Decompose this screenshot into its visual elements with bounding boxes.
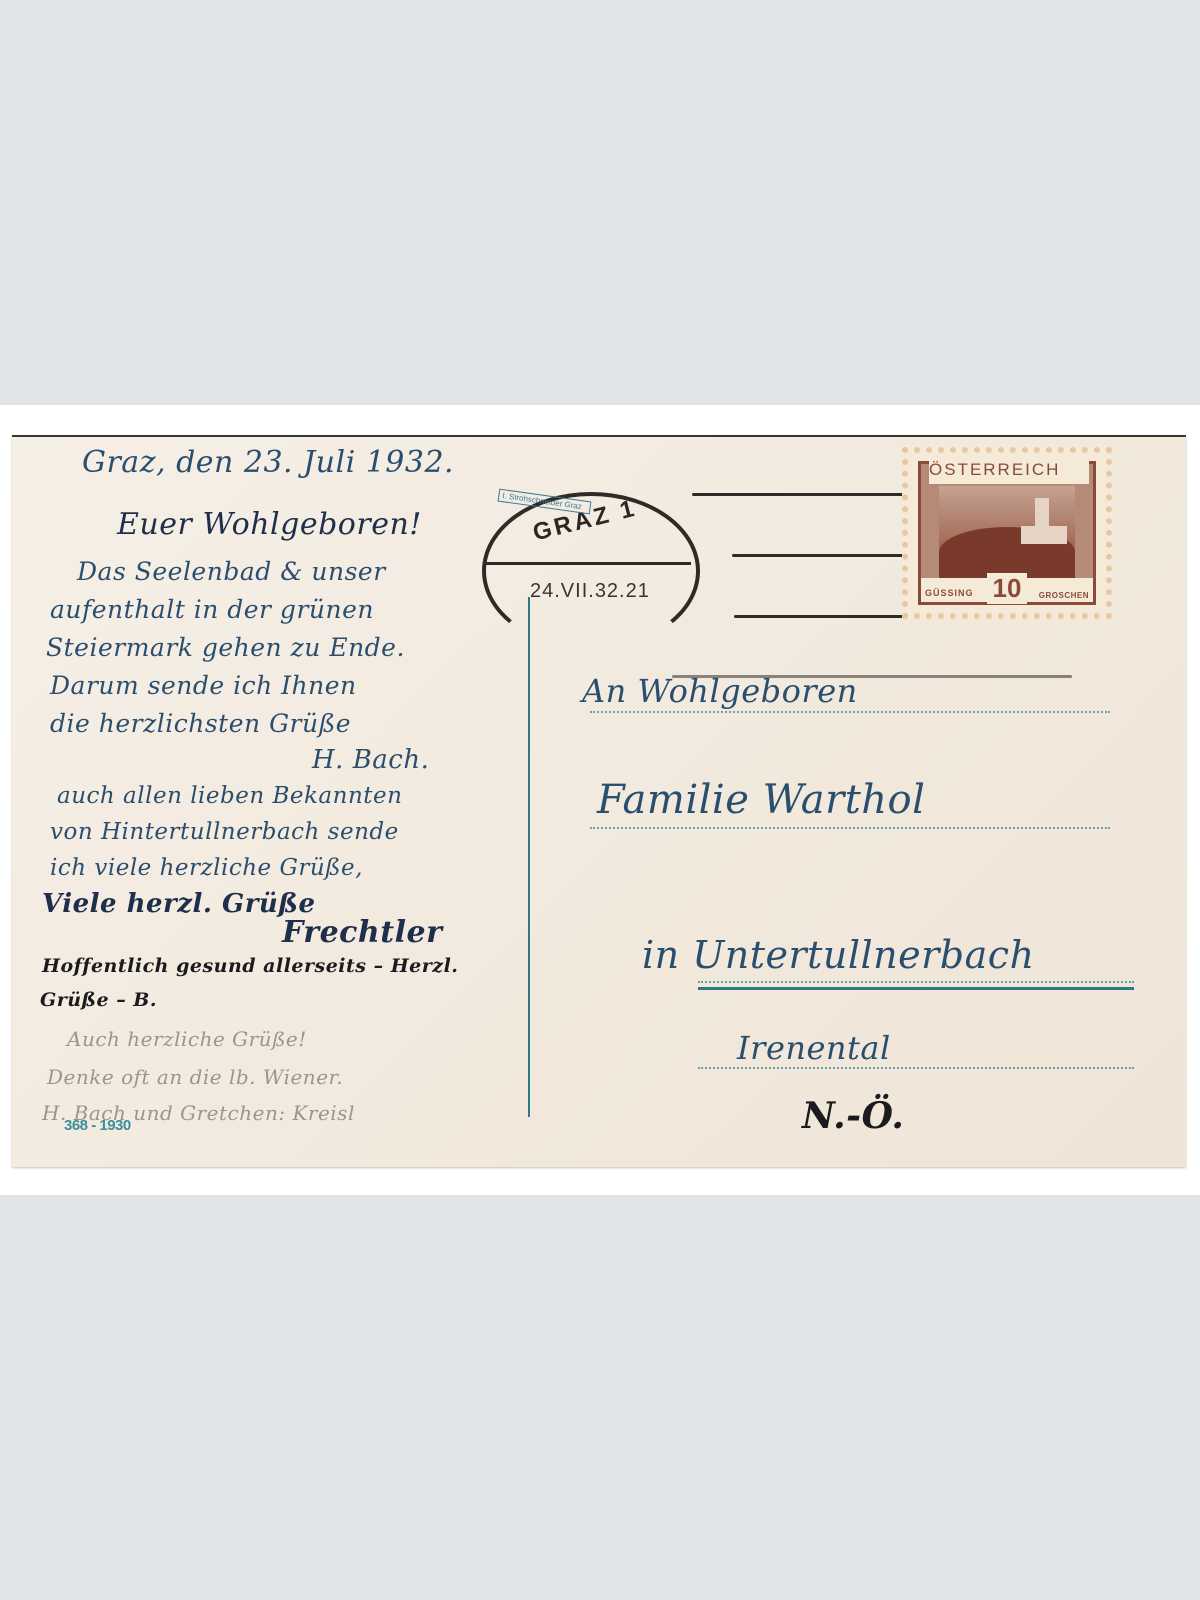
address-rule: [590, 827, 1110, 829]
photo-frame: Graz, den 23. Juli 1932. Euer Wohlgebore…: [0, 405, 1200, 1195]
message-line: Grüße – B.: [40, 989, 157, 1011]
address-line-1: An Wohlgeboren: [582, 672, 858, 710]
stamp-footer: GÜSSING 10 GROSCHEN: [921, 578, 1093, 602]
pencil-line: Denke oft an die lb. Wiener.: [47, 1065, 343, 1089]
message-line: Steiermark gehen zu Ende.: [46, 633, 405, 662]
postmark-bar: [486, 562, 691, 565]
message-line: Das Seelenbad & unser: [77, 557, 386, 586]
signature-bach: H. Bach.: [312, 745, 429, 775]
stamp-frame: ÖSTERREICH GÜSSING 10 GROSCHEN: [918, 461, 1096, 605]
divider-line: [528, 597, 530, 1117]
postmark-date: 24.VII.32.21: [530, 580, 650, 603]
castle-icon: [1021, 526, 1067, 544]
address-line-4: Irenental: [737, 1029, 891, 1067]
message-line: Viele herzl. Grüße: [42, 889, 316, 919]
message-line: von Hintertullnerbach sende: [50, 819, 399, 845]
address-line-2: Familie Warthol: [597, 777, 925, 823]
message-line: Hoffentlich gesund allerseits – Herzl.: [42, 955, 458, 977]
postcard-back: Graz, den 23. Juli 1932. Euer Wohlgebore…: [12, 435, 1186, 1167]
print-number: 368 - 1930: [64, 1117, 131, 1134]
date-line: Graz, den 23. Juli 1932.: [82, 445, 454, 480]
address-rule: [590, 711, 1110, 713]
message-line: ich viele herzliche Grüße,: [50, 855, 363, 881]
stamp-currency: GROSCHEN: [1039, 591, 1089, 600]
salutation: Euer Wohlgeboren!: [117, 507, 422, 542]
message-line: auch allen lieben Bekannten: [57, 783, 402, 809]
address-line-5: N.-Ö.: [802, 1095, 904, 1137]
address-line-3: in Untertullnerbach: [642, 933, 1035, 977]
postage-stamp: ÖSTERREICH GÜSSING 10 GROSCHEN: [902, 447, 1112, 619]
stamp-country: ÖSTERREICH: [929, 460, 1089, 484]
stamp-value: 10: [987, 573, 1027, 604]
signature-frechtler: Frechtler: [282, 915, 442, 950]
address-rule-bold: [698, 987, 1134, 990]
stamp-place: GÜSSING: [925, 588, 974, 598]
message-line: aufenthalt in der grünen: [50, 595, 374, 624]
message-line: Darum sende ich Ihnen: [50, 671, 357, 700]
address-rule: [698, 1067, 1134, 1069]
castle-illustration: [939, 486, 1075, 578]
pencil-line: Auch herzliche Grüße!: [67, 1027, 307, 1051]
message-line: die herzlichsten Grüße: [50, 709, 351, 738]
address-rule: [698, 981, 1134, 983]
